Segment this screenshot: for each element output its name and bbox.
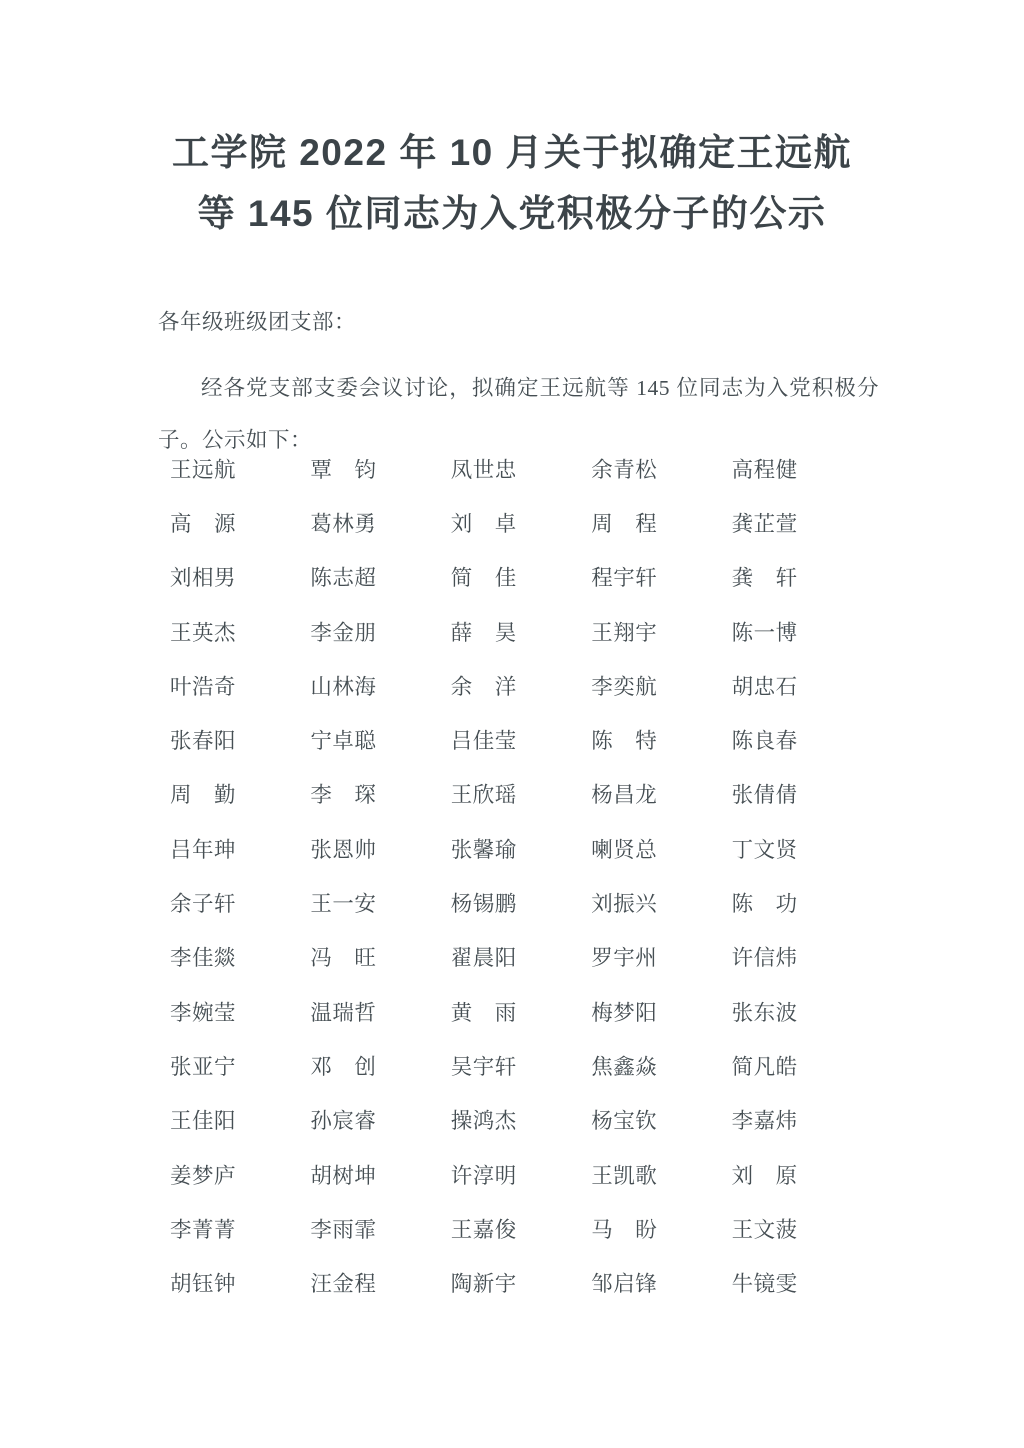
name-cell: 余 洋 <box>451 670 591 701</box>
name-cell: 许淳明 <box>451 1159 591 1190</box>
page-title-line2: 等 145 位同志为入党积极分子的公示 <box>198 193 827 234</box>
name-cell: 马 盼 <box>591 1213 731 1244</box>
name-cell: 王凯歌 <box>591 1159 731 1190</box>
name-cell: 操鸿杰 <box>451 1104 591 1135</box>
name-cell: 翟晨阳 <box>451 941 591 972</box>
name-cell: 陈一博 <box>732 616 872 647</box>
name-cell: 汪金程 <box>310 1267 450 1298</box>
name-cell: 周 程 <box>591 507 731 538</box>
name-grid: 王远航覃 钧凤世忠余青松高程健高 源葛林勇刘 卓周 程龚芷萱刘相男陈志超简 佳程… <box>170 441 872 1310</box>
name-cell: 周 勤 <box>170 778 310 809</box>
name-cell: 陈志超 <box>310 561 450 592</box>
name-cell: 陶新宇 <box>451 1267 591 1298</box>
name-cell: 杨锡鹏 <box>451 887 591 918</box>
name-cell: 王英杰 <box>170 616 310 647</box>
name-cell: 简凡皓 <box>732 1050 872 1081</box>
name-cell: 吴宇轩 <box>451 1050 591 1081</box>
name-cell: 余青松 <box>591 453 731 484</box>
page-title: 工学院 2022 年 10 月关于拟确定王远航 等 145 位同志为入党积极分子… <box>0 122 1024 244</box>
name-cell: 薛 昊 <box>451 616 591 647</box>
name-cell: 李菁菁 <box>170 1213 310 1244</box>
name-cell: 程宇轩 <box>591 561 731 592</box>
name-cell: 杨宝钦 <box>591 1104 731 1135</box>
name-cell: 王文菠 <box>732 1213 872 1244</box>
salutation: 各年级班级团支部： <box>158 296 879 348</box>
name-cell: 李金朋 <box>310 616 450 647</box>
name-cell: 喇贤总 <box>591 833 731 864</box>
name-cell: 余子轩 <box>170 887 310 918</box>
name-cell: 冯 旺 <box>310 941 450 972</box>
name-cell: 陈 特 <box>591 724 731 755</box>
name-cell: 胡树坤 <box>310 1159 450 1190</box>
name-cell: 张倩倩 <box>732 778 872 809</box>
name-cell: 覃 钧 <box>310 453 450 484</box>
name-cell: 王嘉俊 <box>451 1213 591 1244</box>
name-cell: 王佳阳 <box>170 1104 310 1135</box>
name-cell: 山林海 <box>310 670 450 701</box>
name-cell: 李佳燚 <box>170 941 310 972</box>
name-cell: 王一安 <box>310 887 450 918</box>
name-cell: 许信炜 <box>732 941 872 972</box>
name-cell: 张东波 <box>732 996 872 1027</box>
name-cell: 李奕航 <box>591 670 731 701</box>
name-cell: 刘 卓 <box>451 507 591 538</box>
name-cell: 简 佳 <box>451 561 591 592</box>
name-cell: 李嘉炜 <box>732 1104 872 1135</box>
name-cell: 宁卓聪 <box>310 724 450 755</box>
name-cell: 刘 原 <box>732 1159 872 1190</box>
name-cell: 吕年珅 <box>170 833 310 864</box>
page-title-line1: 工学院 2022 年 10 月关于拟确定王远航 <box>172 132 852 173</box>
name-cell: 温瑞哲 <box>310 996 450 1027</box>
name-cell: 梅梦阳 <box>591 996 731 1027</box>
name-cell: 杨昌龙 <box>591 778 731 809</box>
name-cell: 孙宸睿 <box>310 1104 450 1135</box>
name-cell: 吕佳莹 <box>451 724 591 755</box>
name-cell: 叶浩奇 <box>170 670 310 701</box>
name-cell: 焦鑫焱 <box>591 1050 731 1081</box>
name-cell: 丁文贤 <box>732 833 872 864</box>
name-cell: 邓 创 <box>310 1050 450 1081</box>
name-cell: 罗宇州 <box>591 941 731 972</box>
name-cell: 胡忠石 <box>732 670 872 701</box>
name-cell: 龚芷萱 <box>732 507 872 538</box>
name-cell: 张馨瑜 <box>451 833 591 864</box>
name-cell: 李 琛 <box>310 778 450 809</box>
document-page: 工学院 2022 年 10 月关于拟确定王远航 等 145 位同志为入党积极分子… <box>0 0 1024 1448</box>
name-cell: 王远航 <box>170 453 310 484</box>
name-cell: 邹启锋 <box>591 1267 731 1298</box>
name-cell: 龚 轩 <box>732 561 872 592</box>
name-cell: 张春阳 <box>170 724 310 755</box>
name-cell: 陈良春 <box>732 724 872 755</box>
name-cell: 李雨霏 <box>310 1213 450 1244</box>
name-cell: 姜梦庐 <box>170 1159 310 1190</box>
name-cell: 陈 功 <box>732 887 872 918</box>
name-cell: 葛林勇 <box>310 507 450 538</box>
name-cell: 高 源 <box>170 507 310 538</box>
name-cell: 胡钰钟 <box>170 1267 310 1298</box>
name-cell: 王欣瑶 <box>451 778 591 809</box>
name-cell: 李婉莹 <box>170 996 310 1027</box>
name-cell: 黄 雨 <box>451 996 591 1027</box>
name-cell: 刘振兴 <box>591 887 731 918</box>
name-cell: 高程健 <box>732 453 872 484</box>
name-cell: 凤世忠 <box>451 453 591 484</box>
name-cell: 王翔宇 <box>591 616 731 647</box>
name-cell: 张恩帅 <box>310 833 450 864</box>
name-cell: 张亚宁 <box>170 1050 310 1081</box>
name-cell: 牛镜雯 <box>732 1267 872 1298</box>
name-cell: 刘相男 <box>170 561 310 592</box>
